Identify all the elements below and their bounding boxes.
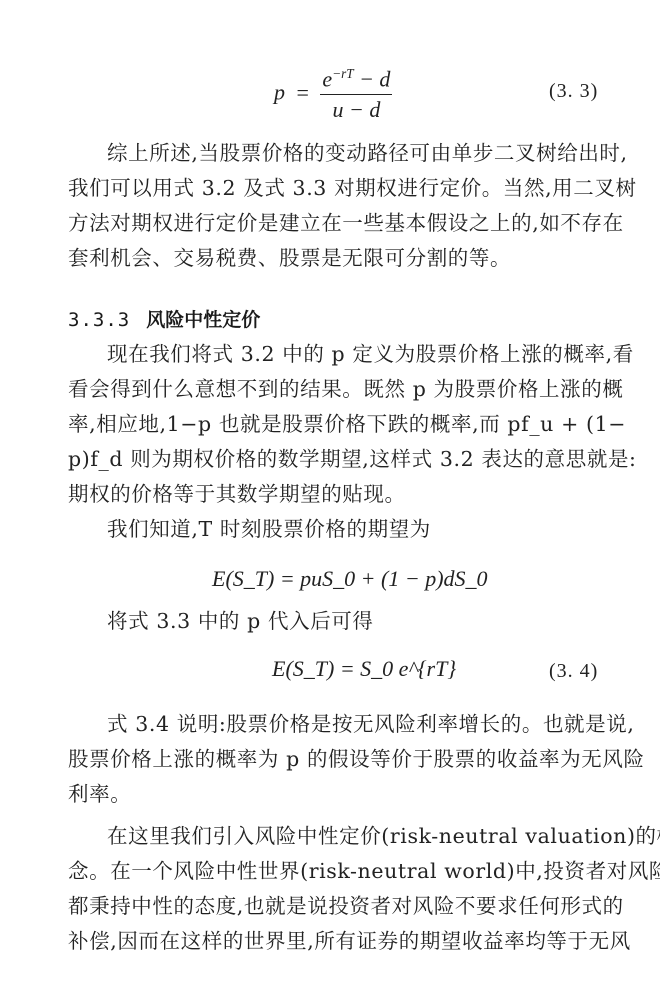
equation-3-3: p = e−rT − d u − d [274,66,392,123]
paragraph-6-line-3: 都秉持中性的态度,也就是说投资者对风险不要求任何形式的 [68,892,595,920]
paragraph-3-line-1: 我们知道,T 时刻股票价格的期望为 [107,515,595,543]
equals-sign: = [297,80,309,105]
paragraph-1-line-1: 综上所述,当股票价格的变动路径可由单步二叉树给出时, [107,139,595,167]
paragraph-2-line-4: p)f_d 则为期权价格的数学期望,这样式 3.2 表达的意思就是: [68,445,595,473]
paragraph-2-line-1: 现在我们将式 3.2 中的 p 定义为股票价格上涨的概率,看 [107,340,595,368]
fraction: e−rT − d u − d [320,66,392,123]
paragraph-2-line-5: 期权的价格等于其数学期望的贴现。 [68,480,595,508]
paragraph-6-line-2: 念。在一个风险中性世界(risk-neutral world)中,投资者对风险 [68,857,595,885]
paragraph-1-line-2: 我们可以用式 3.2 及式 3.3 对期权进行定价。当然,用二叉树 [68,174,595,202]
paragraph-5-line-3: 利率。 [68,780,595,808]
paragraph-6-line-4: 补偿,因而在这样的世界里,所有证券的期望收益率均等于无风 [68,927,595,955]
equation-number-3-3: (3. 3) [549,80,598,103]
equation-expectation: E(S_T) = puS_0 + (1 − p)dS_0 [212,566,488,592]
equation-number-3-4: (3. 4) [549,660,598,683]
fraction-denominator: u − d [320,95,392,123]
paragraph-4-line-1: 将式 3.3 中的 p 代入后可得 [107,607,595,635]
paragraph-1-line-3: 方法对期权进行定价是建立在一些基本假设之上的,如不存在 [68,209,595,237]
equation-3-4: E(S_T) = S_0 e^{rT} [272,656,456,682]
equation-lhs: p [274,80,285,105]
section-heading: 3.3.3风险中性定价 [68,306,260,334]
paragraph-6-line-1: 在这里我们引入风险中性定价(risk-neutral valuation)的概 [107,822,595,850]
paragraph-5-line-1: 式 3.4 说明:股票价格是按无风险利率增长的。也就是说, [107,710,595,738]
paragraph-1-line-4: 套利机会、交易税费、股票是无限可分割的等。 [68,244,595,272]
numerator-rest: − d [354,66,391,91]
numerator-exponent: −rT [332,66,353,81]
section-title: 风险中性定价 [146,309,260,331]
document-page: p = e−rT − d u − d (3. 3) 综上所述,当股票价格的变动路… [0,0,660,984]
fraction-numerator: e−rT − d [320,66,392,95]
section-number: 3.3.3 [68,309,130,331]
paragraph-2-line-2: 看会得到什么意想不到的结果。既然 p 为股票价格上涨的概 [68,375,595,403]
numerator-base: e [322,66,332,91]
paragraph-2-line-3: 率,相应地,1−p 也就是股票价格下跌的概率,而 pf_u + (1− [68,410,595,438]
paragraph-5-line-2: 股票价格上涨的概率为 p 的假设等价于股票的收益率为无风险 [68,745,595,773]
